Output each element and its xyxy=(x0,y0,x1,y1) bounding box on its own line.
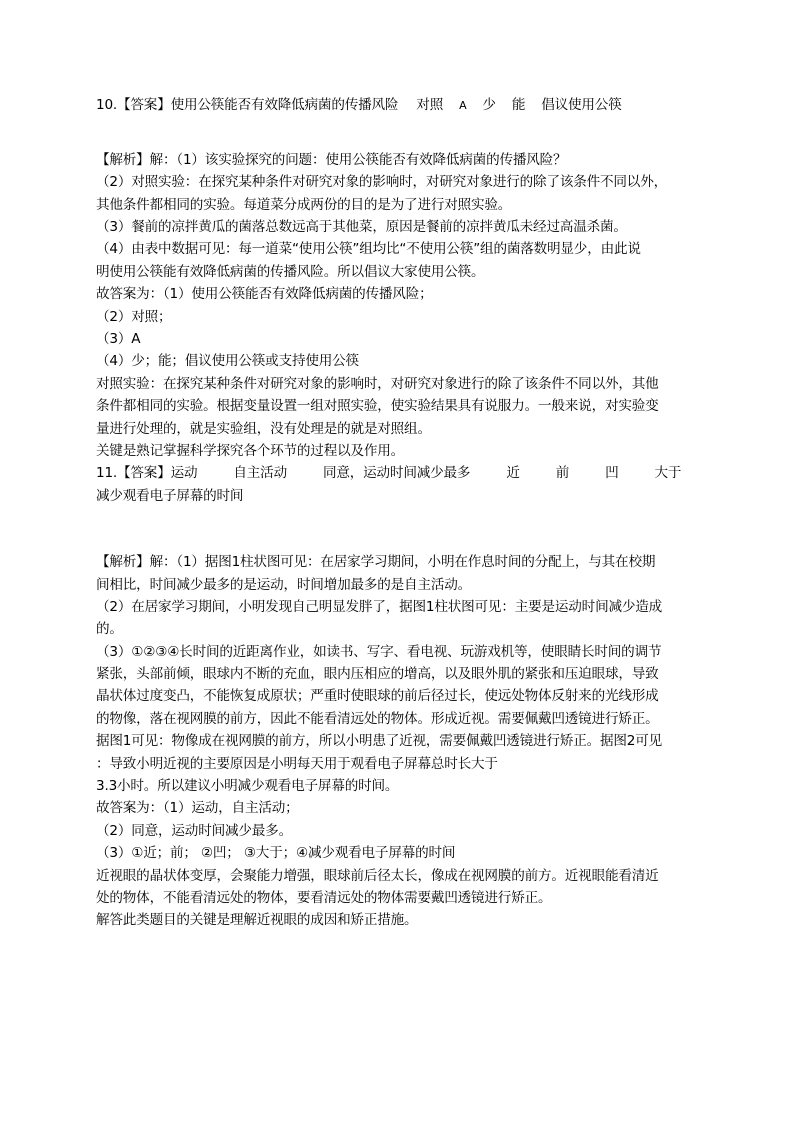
q10-answer-prefix: 10.【答案】 xyxy=(96,97,171,113)
q11-answer-7: 大于 xyxy=(655,465,682,481)
q10-answer-1: 使用公筷能否有效降低病菌的传播风险 xyxy=(171,97,399,113)
paragraph-line: 故答案为：（1）运动，自主活动； xyxy=(96,797,700,819)
paragraph-line: （2）对照实验：在探究某种条件对研究对象的影响时，对研究对象进行的除了该条件不同… xyxy=(96,171,700,193)
q11-analysis: 【解析】解：（1）据图1柱状图可见：在居家学习期间，小明在作息时间的分配上，与其… xyxy=(96,551,700,932)
q11-answer-6: 凹 xyxy=(605,465,618,481)
paragraph-line: 解答此类题目的关键是理解近视眼的成因和矫正措施。 xyxy=(96,909,700,931)
q11-answer-5: 前 xyxy=(556,465,569,481)
paragraph-line: 条件都相同的实验。根据变量设置一组对照实验，使实验结果具有说服力。一般来说，对实… xyxy=(96,395,700,417)
q11-answer-continuation: 减少观看电子屏幕的时间 xyxy=(96,485,700,507)
q11-answer-4: 近 xyxy=(506,465,519,481)
document-page: 10.【答案】使用公筷能否有效降低病菌的传播风险对照A少能倡议使用公筷 【解析】… xyxy=(96,94,700,932)
q10-answer-5: 能 xyxy=(512,97,525,113)
paragraph-line: 【解析】解：（1）该实验探究的问题：使用公筷能否有效降低病菌的传播风险？ xyxy=(96,149,700,171)
paragraph-line: 其他条件都相同的实验。每道菜分成两份的目的是为了进行对照实验。 xyxy=(96,194,700,216)
q11-answer-line: 11.【答案】运动自主活动同意，运动时间减少最多近前凹大于 xyxy=(96,462,700,484)
q10-analysis: 【解析】解：（1）该实验探究的问题：使用公筷能否有效降低病菌的传播风险？ （2）… xyxy=(96,149,700,462)
q10-answer-6: 倡议使用公筷 xyxy=(541,97,621,113)
paragraph-line: 明使用公筷能有效降低病菌的传播风险。所以倡议大家使用公筷。 xyxy=(96,261,700,283)
paragraph-line: （2）在居家学习期间，小明发现自己明显发胖了，据图1柱状图可见：主要是运动时间减… xyxy=(96,596,700,618)
paragraph-line: 关键是熟记掌握科学探究各个环节的过程以及作用。 xyxy=(96,440,700,462)
paragraph-line: 【解析】解：（1）据图1柱状图可见：在居家学习期间，小明在作息时间的分配上，与其… xyxy=(96,551,700,573)
q10-answer-line: 10.【答案】使用公筷能否有效降低病菌的传播风险对照A少能倡议使用公筷 xyxy=(96,94,700,116)
paragraph-line: （3）A xyxy=(96,328,700,350)
paragraph-line: 晶状体过度变凸，不能恢复成原状；严重时使眼球的前后径过长，使远处物体反射来的光线… xyxy=(96,685,700,707)
paragraph-line: 处的物体，不能看清远处的物体，要看清远处的物体需要戴凹透镜进行矫正。 xyxy=(96,887,700,909)
q11-answer-2: 自主活动 xyxy=(233,465,287,481)
paragraph-line: 3.3小时。所以建议小明减少观看电子屏幕的时间。 xyxy=(96,775,700,797)
paragraph-line: 间相比，时间减少最多的是运动，时间增加最多的是自主活动。 xyxy=(96,574,700,596)
paragraph-line: （2）对照； xyxy=(96,306,700,328)
q11-answer-1: 运动 xyxy=(171,465,198,481)
paragraph-line: 近视眼的晶状体变厚，会聚能力增强，眼球前后径太长，像成在视网膜的前方。近视眼能看… xyxy=(96,865,700,887)
paragraph-line: 紧张，头部前倾，眼球内不断的充血，眼内压相应的增高，以及眼外肌的紧张和压迫眼球，… xyxy=(96,663,700,685)
q10-answer-3: A xyxy=(459,99,466,112)
paragraph-line: （2）同意，运动时间减少最多。 xyxy=(96,820,700,842)
q11-answer-prefix: 11.【答案】 xyxy=(96,465,171,481)
paragraph-line: （3）①近；前； ②凹； ③大于；④减少观看电子屏幕的时间 xyxy=(96,842,700,864)
paragraph-line: （3）①②③④长时间的近距离作业，如读书、写字、看电视、玩游戏机等，使眼睛长时间… xyxy=(96,641,700,663)
q10-answer-2: 对照 xyxy=(416,97,443,113)
paragraph-line: 量进行处理的，就是实验组，没有处理是的就是对照组。 xyxy=(96,418,700,440)
paragraph-line: 对照实验：在探究某种条件对研究对象的影响时，对研究对象进行的除了该条件不同以外，… xyxy=(96,373,700,395)
q11-answer-3: 同意，运动时间减少最多 xyxy=(323,465,470,481)
paragraph-line: （4）少；能；倡议使用公筷或支持使用公筷 xyxy=(96,350,700,372)
paragraph-line: （4）由表中数据可见：每一道菜“使用公筷”组均比“不使用公筷”组的菌落数明显少，… xyxy=(96,238,700,260)
paragraph-line: ：导致小明近视的主要原因是小明每天用于观看电子屏幕总时长大于 xyxy=(96,753,700,775)
q10-answer-4: 少 xyxy=(482,97,495,113)
paragraph-line: 的。 xyxy=(96,618,700,640)
paragraph-line: 的物像，落在视网膜的前方，因此不能看清远处的物体。形成近视。需要佩戴凹透镜进行矫… xyxy=(96,708,700,730)
paragraph-line: 故答案为：（1）使用公筷能否有效降低病菌的传播风险； xyxy=(96,283,700,305)
paragraph-line: （3）餐前的凉拌黄瓜的菌落总数远高于其他菜，原因是餐前的凉拌黄瓜未经过高温杀菌。 xyxy=(96,216,700,238)
paragraph-line: 据图1可见：物像成在视网膜的前方，所以小明患了近视，需要佩戴凹透镜进行矫正。据图… xyxy=(96,730,700,752)
